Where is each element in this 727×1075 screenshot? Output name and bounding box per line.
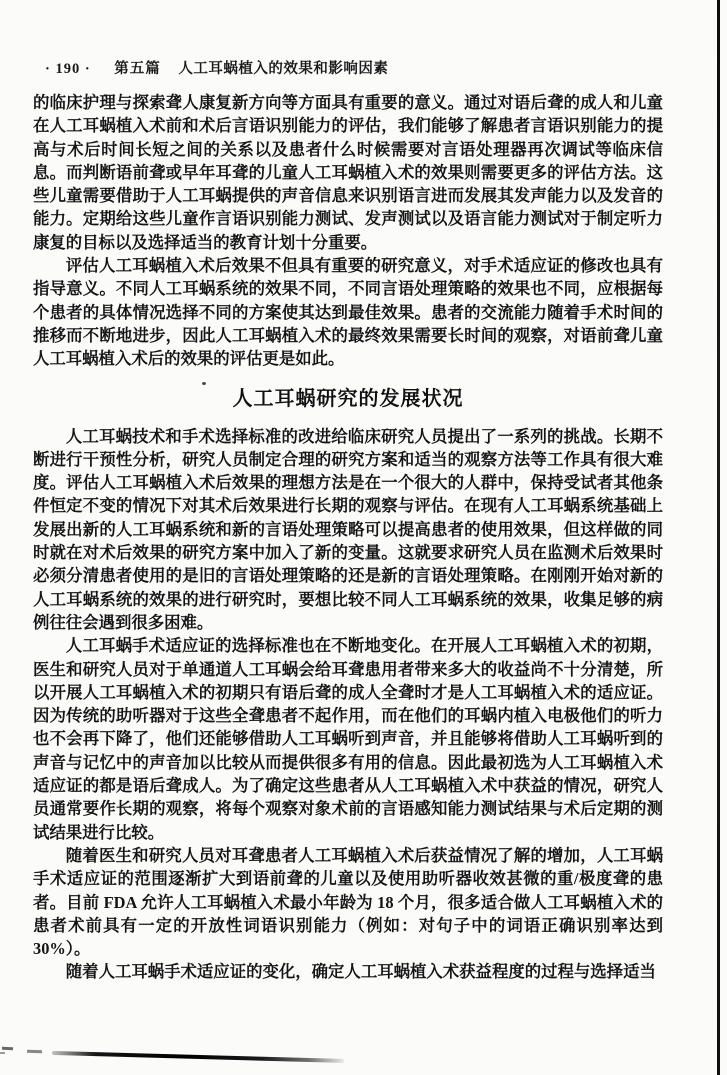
scan-edge-line (717, 0, 720, 1075)
scan-artifact-line (52, 1051, 344, 1062)
scan-speck (2, 1047, 13, 1050)
paragraph: 评估人工耳蜗植入术后效果不但具有重要的研究意义，对手术适应证的修改也具有指导意义… (33, 254, 663, 370)
scan-speck (27, 1050, 42, 1054)
section-label: 第五篇 (114, 61, 161, 77)
section-heading: 人工耳蜗研究的发展状况 (33, 386, 663, 412)
scanned-book-page: · 190 · 第五篇 人工耳蜗植入的效果和影响因素 的临床护理与探索聋人康复新… (0, 0, 727, 1075)
paragraph: 随着人工耳蜗手术适应证的变化，确定人工耳蜗植入术获益程度的过程与选择适当 (33, 960, 663, 983)
paragraph: 人工耳蜗技术和手术选择标准的改进给临床研究人员提出了一系列的挑战。长期不断进行干… (33, 425, 663, 635)
page-body: 的临床护理与探索聋人康复新方向等方面具有重要的意义。通过对语后聋的成人和儿童在人… (33, 91, 663, 984)
scan-ink-speck (202, 382, 206, 385)
paragraph: 人工耳蜗手术适应证的选择标准也在不断地变化。在开展人工耳蜗植入术的初期，医生和研… (33, 634, 663, 844)
chapter-title: 人工耳蜗植入的效果和影响因素 (178, 61, 388, 77)
page-header: · 190 · 第五篇 人工耳蜗植入的效果和影响因素 (45, 57, 388, 78)
paragraph-continued: 的临床护理与探索聋人康复新方向等方面具有重要的意义。通过对语后聋的成人和儿童在人… (33, 91, 663, 254)
page-number: · 190 · (45, 61, 91, 77)
paragraph: 随着医生和研究人员对耳聋患者人工耳蜗植入术后获益情况了解的增加，人工耳蜗手术适应… (33, 844, 663, 960)
scan-speck (0, 1052, 5, 1054)
